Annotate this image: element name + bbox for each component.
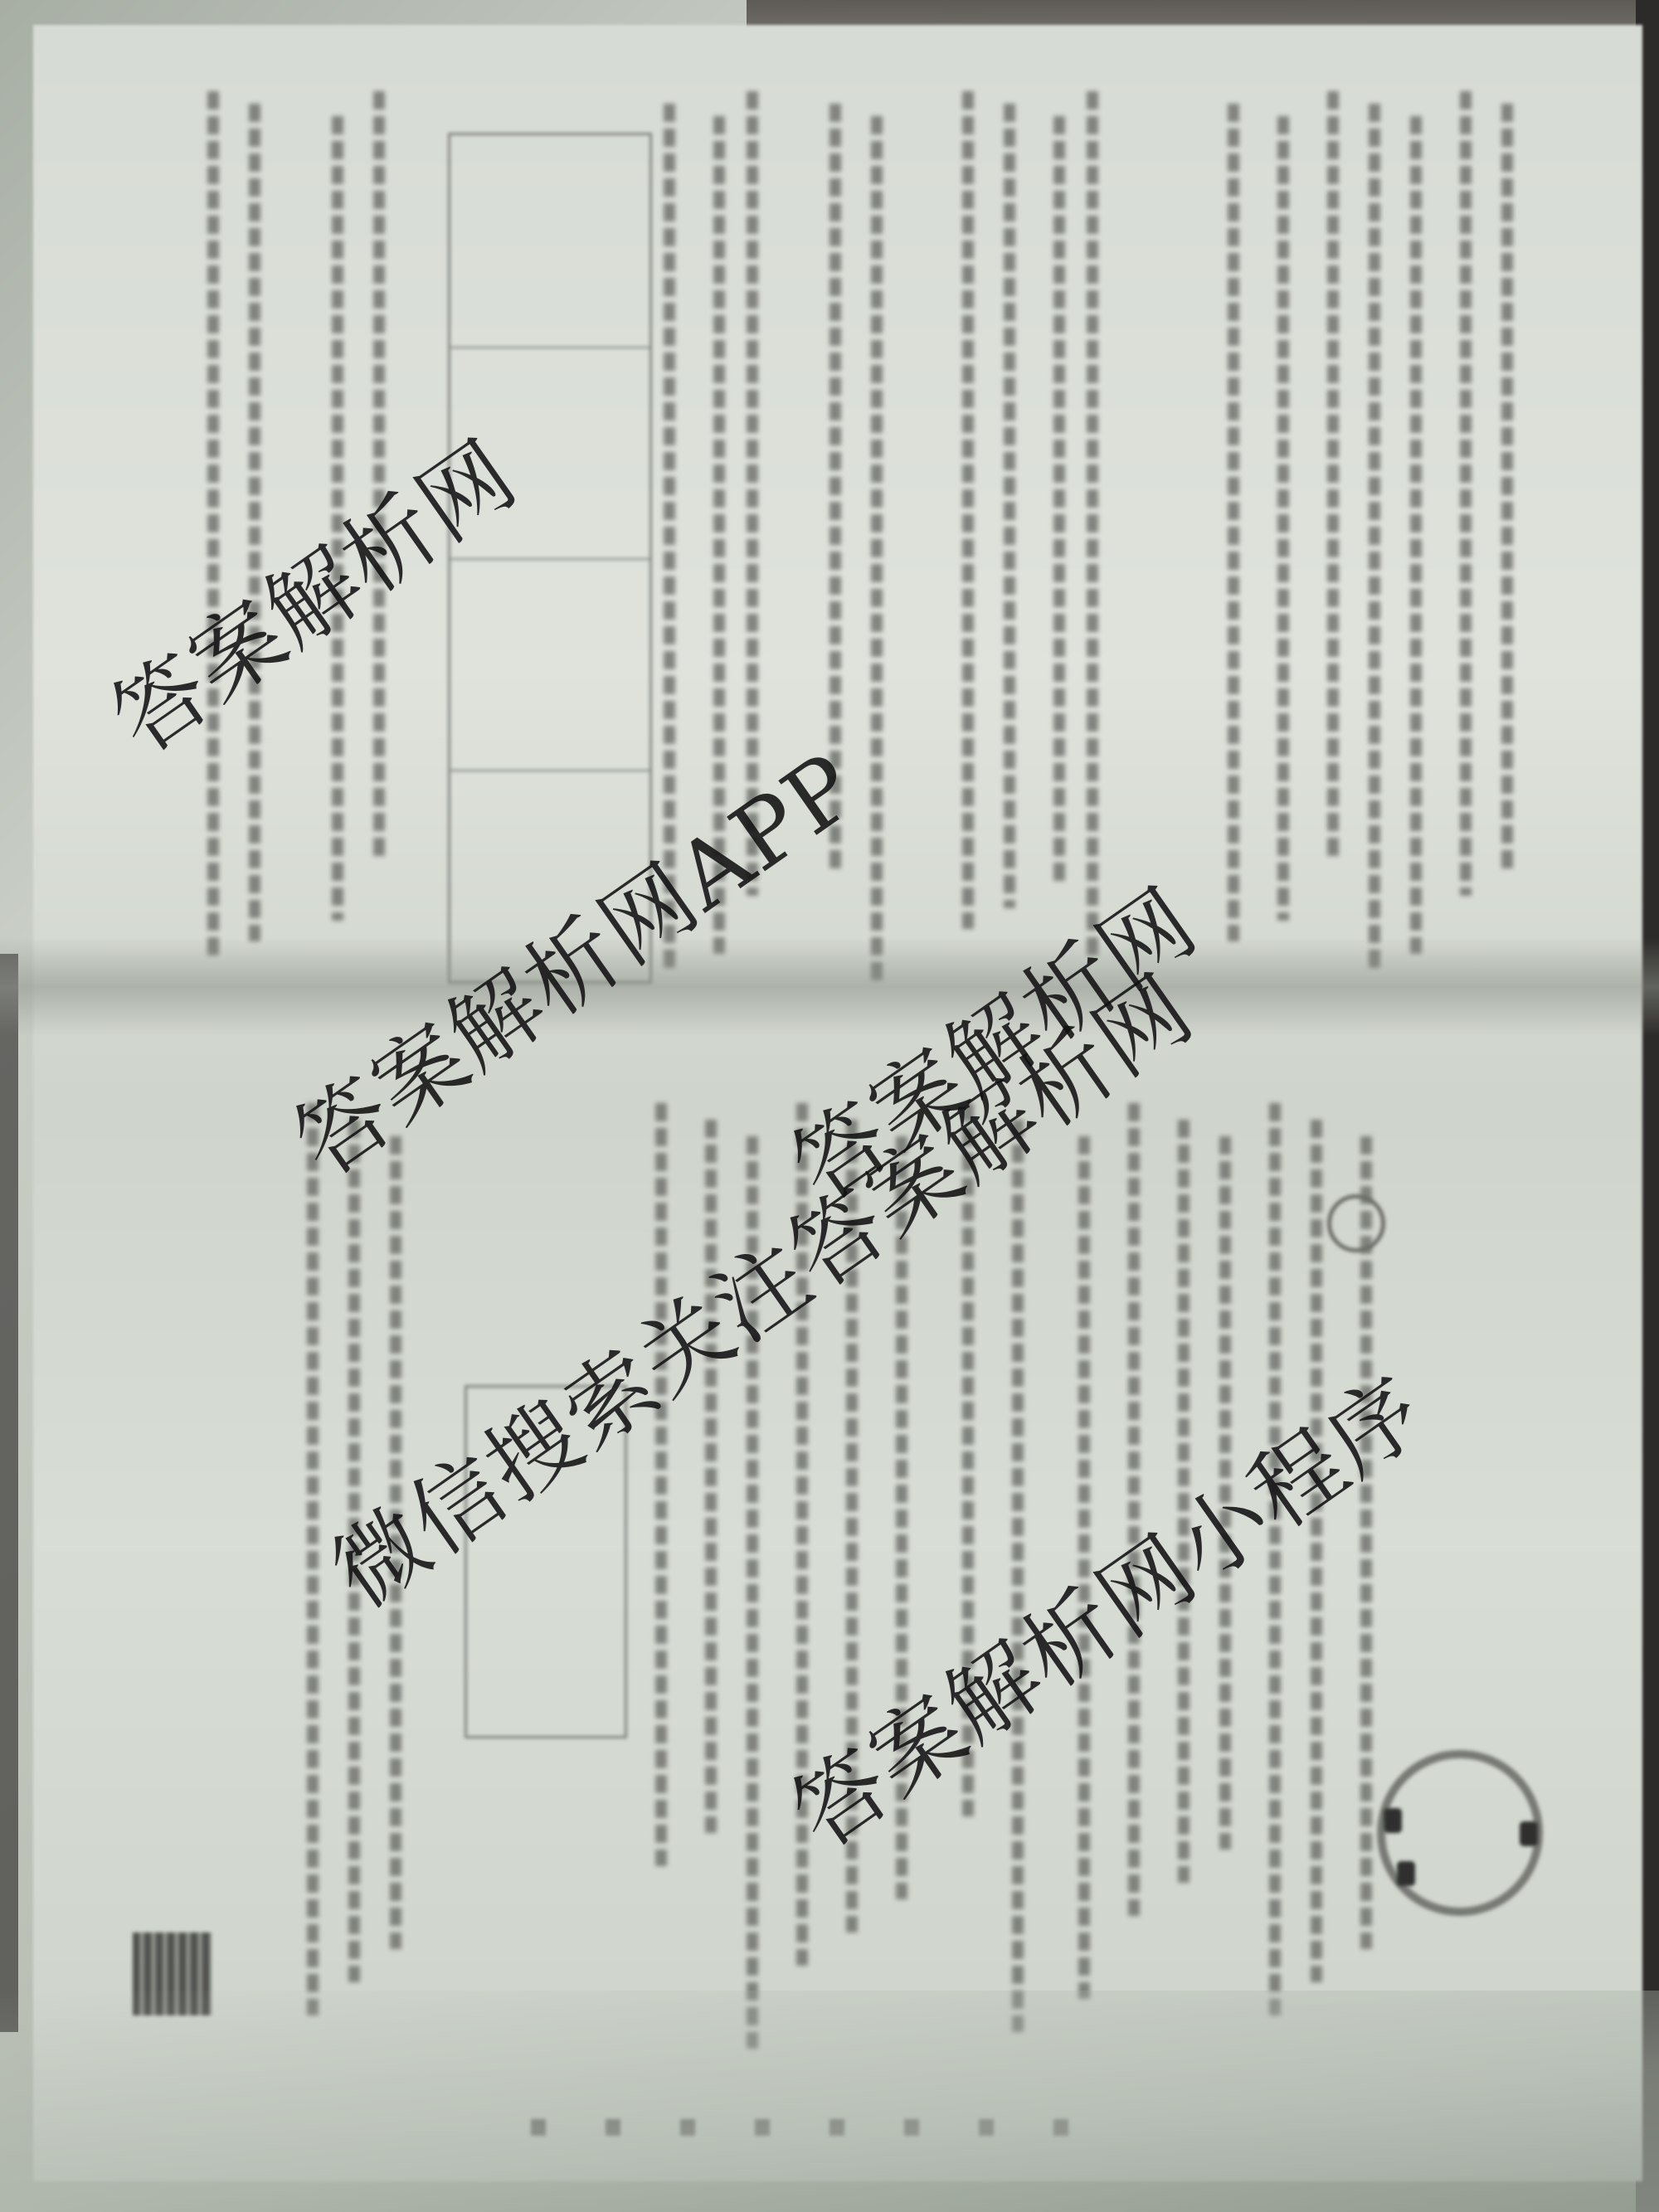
text-line bbox=[249, 104, 260, 941]
circular-diagram bbox=[1377, 1750, 1543, 1916]
paper-fold bbox=[0, 937, 1659, 1037]
text-line bbox=[962, 91, 974, 929]
text-line bbox=[1460, 91, 1472, 896]
text-line bbox=[1360, 1136, 1372, 1949]
text-line bbox=[1410, 116, 1422, 954]
text-line bbox=[1277, 116, 1289, 921]
text-line bbox=[1369, 104, 1380, 975]
text-line bbox=[1327, 91, 1339, 863]
paper-curl bbox=[0, 1991, 1659, 2212]
text-line bbox=[1228, 104, 1239, 941]
text-line bbox=[1012, 1120, 1024, 2032]
text-line bbox=[705, 1120, 717, 1833]
text-line bbox=[207, 91, 219, 962]
text-line bbox=[1004, 104, 1015, 908]
ring-marker bbox=[1397, 1861, 1415, 1886]
circuit-diagram bbox=[1327, 1194, 1385, 1252]
dark-edge-left bbox=[0, 954, 18, 2032]
text-line bbox=[655, 1103, 667, 1866]
text-line bbox=[307, 1103, 319, 2015]
text-line bbox=[1501, 104, 1513, 875]
text-line bbox=[1053, 116, 1065, 887]
ring-marker bbox=[1520, 1821, 1538, 1846]
text-line bbox=[871, 116, 883, 987]
text-line bbox=[1087, 91, 1098, 962]
ring-marker bbox=[1384, 1808, 1402, 1833]
text-line bbox=[1311, 1120, 1322, 1982]
